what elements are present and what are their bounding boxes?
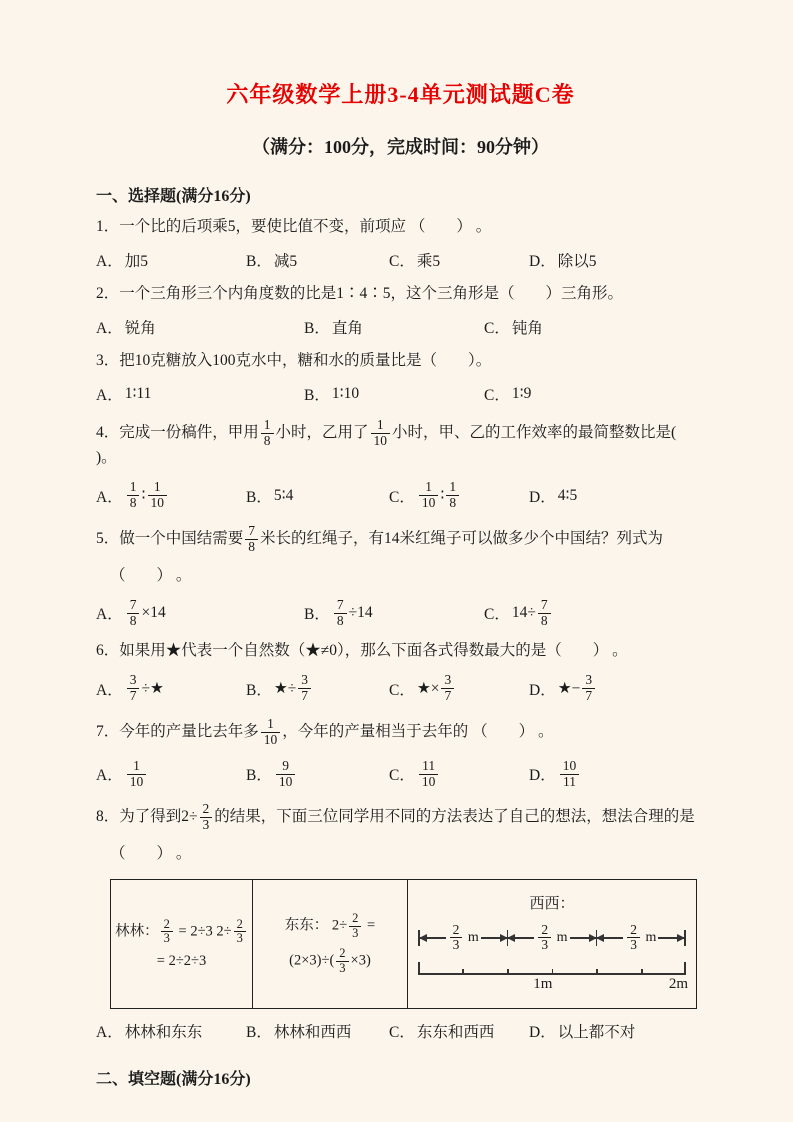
option-label: B．: [304, 602, 330, 624]
fraction-denominator: 7: [441, 689, 454, 704]
fraction-denominator: 3: [627, 938, 640, 953]
option-label: A．: [96, 602, 123, 624]
question-8-stem-continued: （ ） 。: [110, 844, 705, 865]
fraction: 110: [419, 480, 439, 511]
fraction-numerator: 1: [419, 480, 439, 496]
fraction: 37: [298, 673, 311, 704]
question-6-stem: 6．如果用★代表一个自然数（★≠0），那么下面各式得数最大的是（ ） 。: [96, 641, 705, 662]
question-1-stem: 1．一个比的后项乘5，要使比值不变，前项应 （ ） 。: [96, 217, 705, 238]
option-label: A．: [96, 485, 123, 507]
fraction: 1011: [560, 759, 580, 790]
option-label: D．: [529, 763, 556, 785]
option-label: A．: [96, 316, 123, 338]
fraction-denominator: 3: [336, 962, 348, 976]
question-1-option-C[interactable]: C．乘5: [389, 249, 529, 271]
fraction-numerator: 3: [298, 673, 311, 689]
text-run: m: [553, 930, 567, 946]
question-5-option-C[interactable]: C．14÷78: [484, 598, 705, 629]
option-label: C．: [484, 316, 510, 338]
text-run: 8．为了得到2÷: [96, 808, 198, 825]
choice-questions: 1．一个比的后项乘5，要使比值不变，前项应 （ ） 。A．加5B．减5C．乘5D…: [96, 217, 705, 865]
page-title: 六年级数学上册3-4单元测试题C卷: [96, 78, 705, 109]
xixi-ruler: [418, 961, 686, 975]
fraction-denominator: 10: [276, 775, 296, 790]
fraction-denominator: 10: [261, 733, 281, 748]
text-run: （ ） 。: [110, 845, 191, 862]
fraction-denominator: 8: [538, 614, 551, 629]
question-3-stem: 3．把10克糖放入100克水中，糖和水的质量比是（ ）。: [96, 351, 705, 372]
text-run: 3．把10克糖放入100克水中，糖和水的质量比是（ ）。: [96, 352, 491, 369]
ruler-label-2m: 2m: [669, 976, 688, 993]
fraction-denominator: 8: [127, 496, 140, 511]
fraction-denominator: 8: [245, 540, 258, 555]
fraction-numerator: 3: [127, 673, 140, 689]
text-run: ★−: [558, 679, 581, 698]
option-label: A．: [96, 678, 123, 700]
text-run: = 2÷3 2÷: [175, 923, 232, 939]
option-label: D．: [529, 678, 556, 700]
segment-length-label: 23 m: [534, 923, 569, 954]
question-5-option-A[interactable]: A．78×14: [96, 598, 304, 629]
fraction-denominator: 3: [200, 818, 213, 833]
option-label: A．: [96, 1020, 123, 1042]
question-3-option-B[interactable]: B．1∶10: [304, 383, 484, 405]
linlin-equation-line1: 林林：23 = 2÷3 2÷23: [115, 918, 248, 947]
right-arrow-icon: [570, 937, 596, 938]
question-4-stem: 4．完成一份稿件，甲用18小时，乙用了110小时，甲、乙的工作效率的最简整数比是…: [96, 418, 705, 470]
question-3-options: A．1∶11B．1∶10C．1∶9: [96, 383, 705, 405]
text-run: 林林：: [115, 923, 159, 939]
ruler-end-tick: [418, 962, 420, 975]
fraction: 18: [446, 480, 459, 511]
option-label: C．: [389, 485, 415, 507]
question-2-stem: 2．一个三角形三个内角度数的比是1∶4∶5，这个三角形是（ ）三角形。: [96, 284, 705, 305]
text-run: ∶: [141, 486, 145, 505]
text-run: 锐角: [125, 316, 156, 338]
question-4-option-C[interactable]: C．110∶18: [389, 480, 529, 511]
option-label: B．: [246, 1020, 272, 1042]
question-2-option-B[interactable]: B．直角: [304, 316, 484, 338]
method-xixi-cell: 西西： 23 m23 m23 m 1m 2m: [408, 879, 697, 1008]
text-run: 的结果，下面三位同学用不同的方法表达了自己的想法，想法合理的是: [214, 808, 695, 825]
fraction-numerator: 3: [582, 673, 595, 689]
fraction: 23: [234, 918, 246, 947]
question-5-option-B[interactable]: B．78÷14: [304, 598, 484, 629]
fraction-denominator: 11: [560, 775, 580, 790]
text-run: = 2÷2÷3: [157, 953, 206, 969]
fraction-numerator: 1: [261, 717, 281, 733]
method-dongdong-cell: 东东： 2÷23 = (2×3)÷(23×3): [253, 879, 408, 1008]
ruler-tick: [596, 969, 597, 975]
fraction: 23: [538, 923, 551, 954]
question-7-option-C[interactable]: C．1110: [389, 759, 529, 790]
question-6-options: A．37÷★B．★÷37C．★×37D．★−37: [96, 673, 705, 704]
fraction: 37: [582, 673, 595, 704]
option-label: B．: [246, 678, 272, 700]
fraction: 78: [245, 524, 258, 555]
option-label: C．: [484, 602, 510, 624]
fraction-numerator: 2: [349, 912, 361, 927]
ruler-tick: [507, 969, 508, 975]
fraction-denominator: 10: [127, 775, 147, 790]
right-arrow-icon: [658, 937, 684, 938]
dongdong-equation-line2: (2×3)÷(23×3): [257, 947, 403, 976]
question-7-option-A[interactable]: A．110: [96, 759, 246, 790]
text-run: 东东： 2÷: [285, 918, 347, 934]
question-2-option-A[interactable]: A．锐角: [96, 316, 304, 338]
text-run: 林林和东东: [125, 1020, 203, 1042]
fraction-numerator: 2: [200, 802, 213, 818]
segment-length-label: 23 m: [446, 923, 481, 954]
fraction-numerator: 1: [148, 480, 168, 496]
text-run: 5．做一个中国结需要: [96, 530, 243, 547]
question-7-option-B[interactable]: B．910: [246, 759, 389, 790]
question-7-stem: 7．今年的产量比去年多110，今年的产量相当于去年的 （ ） 。: [96, 717, 705, 748]
question-4-option-A[interactable]: A．18∶110: [96, 480, 246, 511]
question-3-option-C[interactable]: C．1∶9: [484, 383, 705, 405]
option-label: C．: [389, 763, 415, 785]
fraction-denominator: 3: [161, 932, 173, 946]
text-run: 米长的红绳子，有14米红绳子可以做多少个中国结？列式为: [260, 530, 663, 547]
text-run: 1∶11: [125, 384, 152, 403]
text-run: ★×: [417, 679, 440, 698]
fraction-numerator: 10: [560, 759, 580, 775]
fraction-denominator: 3: [538, 938, 551, 953]
question-7-options: A．110B．910C．1110D．1011: [96, 759, 705, 790]
text-run: ★÷: [274, 679, 296, 698]
question-2-option-C[interactable]: C．钝角: [484, 316, 705, 338]
ruler-end-tick: [684, 962, 686, 975]
question-1-option-B[interactable]: B．减5: [246, 249, 389, 271]
question-4-option-D[interactable]: D．4∶5: [529, 485, 705, 507]
text-run: 除以5: [558, 249, 597, 271]
fraction-numerator: 1: [446, 480, 459, 496]
question-4-options: A．18∶110B．5∶4C．110∶18D．4∶5: [96, 480, 705, 511]
fraction: 110: [127, 759, 147, 790]
text-run: 1∶9: [512, 384, 532, 403]
text-run: 乘5: [417, 249, 440, 271]
measure-segment: 23 m: [597, 923, 684, 954]
fraction-numerator: 7: [334, 598, 347, 614]
fraction: 910: [276, 759, 296, 790]
text-run: （ ） 。: [110, 567, 191, 584]
text-run: 6．如果用★代表一个自然数（★≠0），那么下面各式得数最大的是（ ） 。: [96, 642, 628, 659]
fraction-numerator: 2: [161, 918, 173, 933]
question-6-option-B[interactable]: B．★÷37: [246, 673, 389, 704]
fraction-numerator: 1: [127, 759, 147, 775]
option-label: B．: [304, 316, 330, 338]
ruler-tick: [552, 969, 553, 975]
fraction: 110: [148, 480, 168, 511]
question-6-option-D[interactable]: D．★−37: [529, 673, 705, 704]
option-label: C．: [389, 1020, 415, 1042]
fraction: 37: [127, 673, 140, 704]
fraction-denominator: 7: [127, 689, 140, 704]
question-8-options: A．林林和东东B．林林和西西C．东东和西西D．以上都不对: [96, 1020, 705, 1042]
fraction: 23: [450, 923, 463, 954]
question-4-option-B[interactable]: B．5∶4: [246, 485, 389, 507]
text-run: 4．完成一份稿件，甲用: [96, 424, 259, 441]
fraction-numerator: 11: [419, 759, 439, 775]
text-run: 4∶5: [558, 486, 578, 505]
dongdong-equation-line1: 东东： 2÷23 =: [257, 912, 403, 941]
fraction: 23: [627, 923, 640, 954]
fraction: 18: [127, 480, 140, 511]
text-run: ÷14: [349, 604, 373, 622]
fraction: 23: [161, 918, 173, 947]
text-run: ÷★: [141, 679, 163, 698]
fraction-numerator: 2: [234, 918, 246, 933]
method-linlin-cell: 林林：23 = 2÷3 2÷23 = 2÷2÷3: [111, 879, 253, 1008]
right-arrow-icon: [481, 937, 507, 938]
fraction: 110: [261, 717, 281, 748]
option-label: C．: [484, 383, 510, 405]
methods-table-row: 林林：23 = 2÷3 2÷23 = 2÷2÷3 东东： 2÷23 = (2×3…: [111, 879, 697, 1008]
text-run: 加5: [125, 249, 148, 271]
xixi-number-line: 23 m23 m23 m: [418, 921, 686, 955]
fraction-numerator: 7: [127, 598, 140, 614]
fraction-denominator: 10: [419, 775, 439, 790]
fraction-numerator: 7: [538, 598, 551, 614]
fraction-numerator: 2: [627, 923, 640, 939]
fraction: 78: [334, 598, 347, 629]
section-two-heading: 二、填空题(满分16分): [96, 1066, 705, 1089]
text-run: ×3): [351, 953, 371, 969]
question-8-option-A[interactable]: A．林林和东东: [96, 1020, 246, 1042]
option-label: B．: [246, 763, 272, 785]
fraction-denominator: 7: [582, 689, 595, 704]
fraction-denominator: 8: [446, 496, 459, 511]
fraction: 78: [538, 598, 551, 629]
left-arrow-icon: [508, 937, 534, 938]
text-run: 减5: [274, 249, 297, 271]
option-label: D．: [529, 1020, 556, 1042]
option-label: D．: [529, 249, 556, 271]
question-5-options: A．78×14B．78÷14C．14÷78: [96, 598, 705, 629]
question-1-options: A．加5B．减5C．乘5D．除以5: [96, 249, 705, 271]
text-run: 1∶10: [332, 384, 359, 403]
question-8-stem: 8．为了得到2÷23的结果，下面三位同学用不同的方法表达了自己的想法，想法合理的…: [96, 802, 705, 833]
text-run: m: [464, 930, 478, 946]
option-label: C．: [389, 249, 415, 271]
fraction: 1110: [419, 759, 439, 790]
text-run: 1．一个比的后项乘5，要使比值不变，前项应 （ ） 。: [96, 218, 491, 235]
fraction-denominator: 3: [234, 932, 246, 946]
text-run: 小时，乙用了: [276, 424, 369, 441]
question-5-stem: 5．做一个中国结需要78米长的红绳子，有14米红绳子可以做多少个中国结？列式为: [96, 524, 705, 555]
measure-segment: 23 m: [508, 923, 595, 954]
fraction-numerator: 2: [538, 923, 551, 939]
option-label: B．: [304, 383, 330, 405]
measure-segment: 23 m: [420, 923, 507, 954]
option-label: D．: [529, 485, 556, 507]
text-run: 7．今年的产量比去年多: [96, 723, 259, 740]
text-run: 以上都不对: [558, 1020, 636, 1042]
question-7-option-D[interactable]: D．1011: [529, 759, 705, 790]
question-8-option-D[interactable]: D．以上都不对: [529, 1020, 705, 1042]
fraction: 18: [261, 418, 274, 449]
question-6-option-C[interactable]: C．★×37: [389, 673, 529, 704]
methods-table: 林林：23 = 2÷3 2÷23 = 2÷2÷3 东东： 2÷23 = (2×3…: [110, 879, 697, 1009]
text-run: 5∶4: [274, 486, 294, 505]
fraction-denominator: 3: [450, 938, 463, 953]
fraction-denominator: 7: [298, 689, 311, 704]
fraction-denominator: 8: [334, 614, 347, 629]
text-run: 林林和西西: [274, 1020, 352, 1042]
left-arrow-icon: [597, 937, 623, 938]
question-2-options: A．锐角B．直角C．钝角: [96, 316, 705, 338]
text-run: m: [642, 930, 656, 946]
fraction-denominator: 3: [349, 927, 361, 941]
text-run: 钝角: [512, 316, 543, 338]
text-run: ∶: [440, 486, 444, 505]
question-1-option-A[interactable]: A．加5: [96, 249, 246, 271]
fraction-numerator: 9: [276, 759, 296, 775]
ruler-label-1m: 1m: [533, 976, 552, 993]
section-one-heading: 一、选择题(满分16分): [96, 183, 705, 206]
question-3-option-A[interactable]: A．1∶11: [96, 383, 304, 405]
xixi-name: 西西：: [412, 892, 692, 913]
test-paper-page: 六年级数学上册3-4单元测试题C卷 （满分：100分，完成时间：90分钟） 一、…: [0, 0, 793, 1122]
fraction-numerator: 1: [127, 480, 140, 496]
text-run: 东东和西西: [417, 1020, 495, 1042]
text-run: 14÷: [512, 604, 536, 622]
text-run: (2×3)÷(: [289, 953, 334, 969]
text-run: 直角: [332, 316, 363, 338]
left-arrow-icon: [420, 937, 446, 938]
fraction: 23: [336, 947, 348, 976]
text-run: ，今年的产量相当于去年的 （ ） 。: [282, 723, 553, 740]
fraction: 37: [441, 673, 454, 704]
question-1-option-D[interactable]: D．除以5: [529, 249, 705, 271]
fraction-denominator: 10: [371, 434, 391, 449]
fraction-numerator: 1: [371, 418, 391, 434]
option-label: A．: [96, 383, 123, 405]
segment-length-label: 23 m: [623, 923, 658, 954]
question-8-options-mount: A．林林和东东B．林林和西西C．东东和西西D．以上都不对: [96, 1020, 705, 1042]
question-8-option-C[interactable]: C．东东和西西: [389, 1020, 529, 1042]
fraction-numerator: 7: [245, 524, 258, 540]
fraction-numerator: 1: [261, 418, 274, 434]
option-label: C．: [389, 678, 415, 700]
fraction: 78: [127, 598, 140, 629]
ruler-tick: [641, 969, 642, 975]
linlin-equation-line2: = 2÷2÷3: [115, 953, 248, 970]
question-6-option-A[interactable]: A．37÷★: [96, 673, 246, 704]
text-run: ×14: [141, 604, 165, 622]
text-run: 2．一个三角形三个内角度数的比是1∶4∶5，这个三角形是（ ）三角形。: [96, 285, 623, 302]
question-5-stem-continued: （ ） 。: [110, 566, 705, 587]
fraction-numerator: 2: [336, 947, 348, 962]
ruler-tick: [462, 969, 463, 975]
option-label: B．: [246, 485, 272, 507]
fraction-denominator: 8: [127, 614, 140, 629]
text-run: =: [363, 918, 375, 934]
fraction-denominator: 10: [419, 496, 439, 511]
option-label: A．: [96, 763, 123, 785]
option-label: B．: [246, 249, 272, 271]
fraction-numerator: 2: [450, 923, 463, 939]
fraction-denominator: 10: [148, 496, 168, 511]
fraction-denominator: 8: [261, 434, 274, 449]
fraction-numerator: 3: [441, 673, 454, 689]
fraction: 23: [349, 912, 361, 941]
fraction: 110: [371, 418, 391, 449]
exam-info: （满分：100分，完成时间：90分钟）: [96, 133, 705, 159]
ruler-labels: 1m 2m: [418, 976, 686, 996]
option-label: A．: [96, 249, 123, 271]
fraction: 23: [200, 802, 213, 833]
question-8-option-B[interactable]: B．林林和西西: [246, 1020, 389, 1042]
